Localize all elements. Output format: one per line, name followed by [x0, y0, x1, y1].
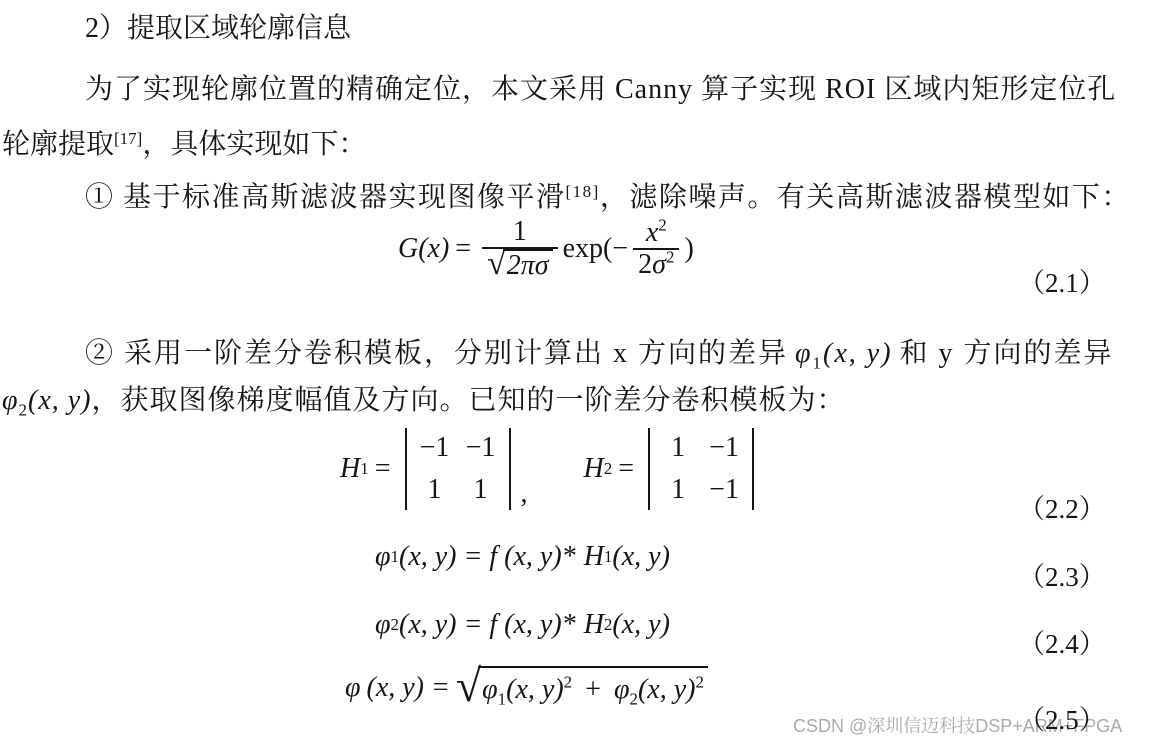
matrix-cell: −1	[412, 433, 458, 463]
section-heading: 2）提取区域轮廓信息	[85, 12, 351, 46]
matrix-cell: 1	[655, 433, 701, 463]
equals-sign: =	[455, 233, 471, 265]
phi-symbol: φ	[614, 674, 630, 705]
paragraph-text: ，具体实现如下：	[142, 129, 366, 160]
radical: √2πσ	[487, 249, 553, 281]
radicand: φ1(x, y)2 + φ2(x, y)2	[478, 666, 708, 710]
citation-ref-18: [18]	[566, 182, 600, 201]
equation-number-2-3: （2.3）	[1018, 555, 1106, 594]
equation-number-2-5: （2.5）	[1018, 698, 1106, 737]
step-2-line-2: φ2(x, y)，获取图像梯度幅值及方向。已知的一阶差分卷积模板为：	[2, 384, 846, 418]
citation-ref-17: [17]	[114, 129, 142, 148]
equals-sign: =	[618, 453, 634, 485]
step-2-text: 和 y 方向的差异	[900, 338, 1114, 369]
step-1-text: ① 基于标准高斯滤波器实现图像平滑	[85, 182, 566, 213]
phi-symbol: φ	[2, 385, 19, 416]
step-2-line-1: ② 采用一阶差分卷积模板，分别计算出 x 方向的差异φ1(x, y)和 y 方向…	[85, 337, 1114, 371]
math-args: (x, y)	[612, 609, 670, 641]
step-1-text: ，滤除噪声。有关高斯滤波器模型如下：	[600, 182, 1131, 213]
plus-sign: +	[585, 674, 601, 705]
equation-2-1: G(x) = 1 √2πσ exp(− x2 2σ2 )	[398, 217, 694, 281]
determinant-bar	[752, 428, 754, 510]
fraction: 1 √2πσ	[482, 217, 558, 281]
phi-symbol: φ	[375, 541, 391, 573]
phi-symbol: φ	[795, 338, 813, 369]
inline-math-phi1: φ1(x, y)	[795, 338, 893, 369]
matrix-name-h2: H	[584, 453, 604, 485]
exponent: 2	[666, 248, 675, 267]
phi-symbol: φ	[375, 609, 391, 641]
variable-sigma: σ	[652, 249, 666, 280]
fraction-denominator: 2σ2	[633, 250, 679, 280]
close-paren: )	[684, 233, 693, 265]
exp-open: exp(−	[563, 233, 629, 265]
separator-comma: ,	[521, 478, 528, 510]
matrix-cell: 1	[412, 475, 458, 505]
phi-args: (x, y)	[823, 338, 893, 369]
determinant-h2: 1−1 1−1	[648, 428, 754, 510]
phi-args: (x, y)	[28, 385, 92, 416]
equals-sign: =	[375, 453, 391, 485]
matrix-name-h1: H	[340, 453, 360, 485]
paragraph-text: 为了实现轮廓位置的精确定位，本文采用 Canny 算子实现 ROI 区域内矩形定…	[85, 74, 1116, 105]
phi-subscript: 1	[813, 354, 824, 373]
equation-number-2-4: （2.4）	[1018, 622, 1106, 661]
math-middle: (x, y) = f (x, y)*	[399, 541, 576, 573]
step-1-line: ① 基于标准高斯滤波器实现图像平滑[18]，滤除噪声。有关高斯滤波器模型如下：	[85, 175, 1131, 215]
equation-number-2-1: （2.1）	[1018, 261, 1106, 300]
fraction-denominator: √2πσ	[482, 249, 558, 281]
matrix-cell: −1	[701, 475, 747, 505]
equation-number-2-2: （2.2）	[1018, 487, 1106, 526]
phi-subscript: 2	[19, 401, 29, 420]
math-args: (x, y)	[612, 541, 670, 573]
equation-2-3: φ1(x, y) = f (x, y)* H1(x, y)	[375, 541, 670, 573]
equation-2-4: φ2(x, y) = f (x, y)* H2(x, y)	[375, 609, 670, 641]
document-page: 2）提取区域轮廓信息 为了实现轮廓位置的精确定位，本文采用 Canny 算子实现…	[0, 0, 1151, 750]
matrix-cell: −1	[701, 433, 747, 463]
determinant-bar	[509, 428, 511, 510]
exponent: 2	[695, 673, 704, 692]
matrix-cell: 1	[655, 475, 701, 505]
fraction: x2 2σ2	[633, 218, 679, 280]
step-2-text: ② 采用一阶差分卷积模板，分别计算出 x 方向的差异	[85, 338, 788, 369]
coefficient: 2	[638, 249, 652, 280]
fraction-numerator: 1	[508, 217, 532, 247]
step-2-text: ，获取图像梯度幅值及方向。已知的一阶差分卷积模板为：	[92, 385, 846, 416]
matrix-name: H	[584, 609, 604, 641]
math-middle: (x, y) = f (x, y)*	[399, 609, 576, 641]
matrix-grid: −1−1 11	[407, 428, 509, 510]
matrix-cell: −1	[458, 433, 504, 463]
phi-subscript: 2	[629, 690, 638, 709]
fraction-numerator: x2	[641, 218, 672, 248]
inline-math-phi2: φ2(x, y)	[2, 385, 92, 416]
math-lhs: G(x)	[398, 233, 449, 265]
phi-subscript: 1	[498, 690, 507, 709]
paragraph-line-2: 轮廓提取[17]，具体实现如下：	[2, 122, 366, 162]
radicand: 2πσ	[503, 249, 553, 281]
equation-2-5: φ (x, y) = √ φ1(x, y)2 + φ2(x, y)2	[345, 666, 708, 710]
radical: √ φ1(x, y)2 + φ2(x, y)2	[456, 666, 708, 710]
paragraph-line-1: 为了实现轮廓位置的精确定位，本文采用 Canny 算子实现 ROI 区域内矩形定…	[85, 73, 1116, 107]
phi-symbol: φ	[482, 674, 498, 705]
math-lhs-args: (x, y) =	[367, 672, 450, 704]
paragraph-text: 轮廓提取	[2, 129, 114, 160]
phi-args: (x, y)	[638, 674, 696, 705]
matrix-cell: 1	[458, 475, 504, 505]
exponent: 2	[658, 216, 667, 235]
equation-2-2: H1 = −1−1 11 , H2 = 1−1 1−1	[340, 428, 762, 510]
phi-symbol: φ	[345, 672, 361, 704]
exponent: 2	[564, 673, 573, 692]
matrix-name: H	[584, 541, 604, 573]
variable-x: x	[646, 217, 658, 248]
phi-args: (x, y)	[506, 674, 564, 705]
matrix-grid: 1−1 1−1	[650, 428, 752, 510]
determinant-h1: −1−1 11	[405, 428, 511, 510]
